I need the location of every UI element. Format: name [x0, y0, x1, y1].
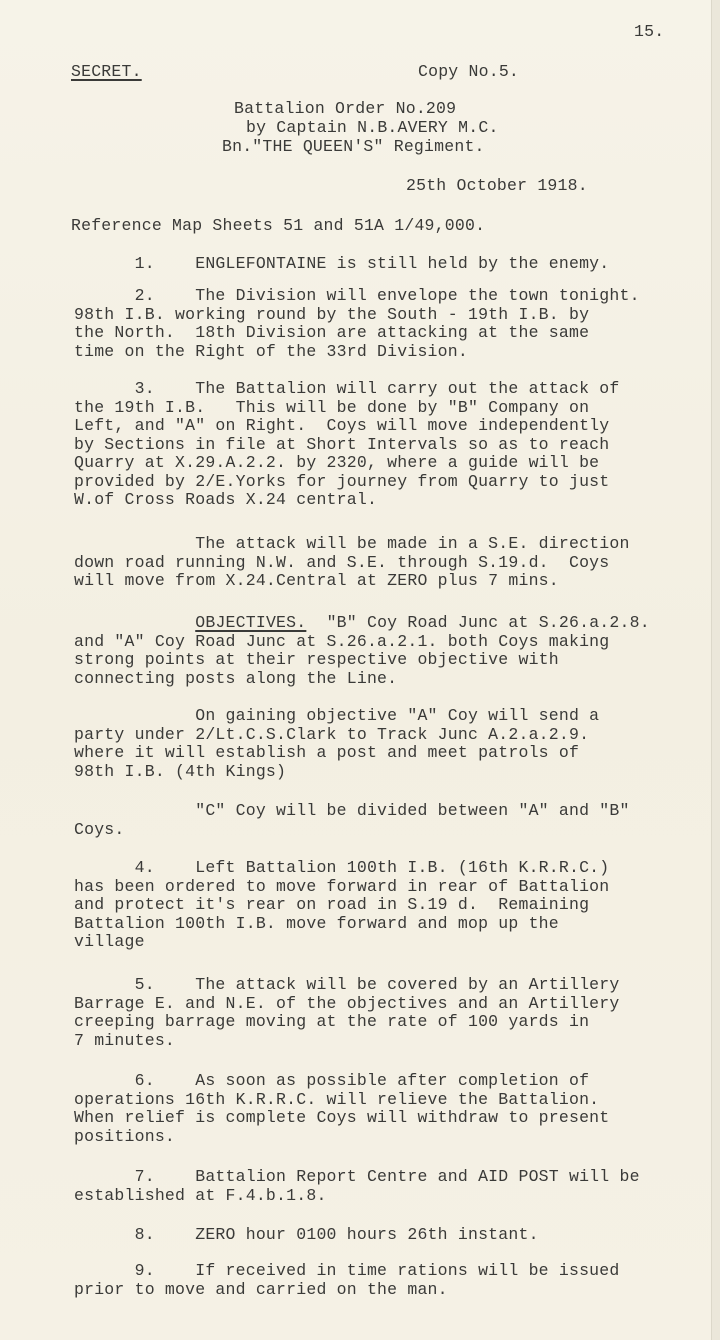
- page-edge: [711, 0, 720, 1340]
- text-line: the 19th I.B. This will be done by "B" C…: [74, 399, 694, 418]
- text-line: 7. Battalion Report Centre and AID POST …: [74, 1168, 694, 1187]
- text-line: Quarry at X.29.A.2.2. by 2320, where a g…: [74, 454, 694, 473]
- paragraph: 5. The attack will be covered by an Arti…: [74, 976, 694, 1050]
- order-regiment: Bn."THE QUEEN'S" Regiment.: [222, 137, 485, 156]
- text-line: 9. If received in time rations will be i…: [74, 1262, 694, 1281]
- text-line: 98th I.B. (4th Kings): [74, 763, 694, 782]
- text-line: time on the Right of the 33rd Division.: [74, 343, 694, 362]
- text-line: When relief is complete Coys will withdr…: [74, 1109, 694, 1128]
- paragraph: On gaining objective "A" Coy will send a…: [74, 707, 694, 781]
- text-line: where it will establish a post and meet …: [74, 744, 694, 763]
- paragraph: 3. The Battalion will carry out the atta…: [74, 380, 694, 510]
- text-line: down road running N.W. and S.E. through …: [74, 554, 694, 573]
- order-date: 25th October 1918.: [406, 176, 588, 195]
- text-line: the North. 18th Division are attacking a…: [74, 324, 694, 343]
- text-line: Battalion 100th I.B. move forward and mo…: [74, 915, 694, 934]
- classification-label: SECRET.: [71, 62, 142, 81]
- text-line: 6. As soon as possible after completion …: [74, 1072, 694, 1091]
- text-line: village: [74, 933, 694, 952]
- paragraph: 4. Left Battalion 100th I.B. (16th K.R.R…: [74, 859, 694, 952]
- text-line: W.of Cross Roads X.24 central.: [74, 491, 694, 510]
- paragraph: OBJECTIVES. "B" Coy Road Junc at S.26.a.…: [74, 614, 694, 688]
- text-line: connecting posts along the Line.: [74, 670, 694, 689]
- page-number: 15.: [634, 22, 664, 41]
- paragraph: 9. If received in time rations will be i…: [74, 1262, 694, 1299]
- text-line: will move from X.24.Central at ZERO plus…: [74, 572, 694, 591]
- map-reference: Reference Map Sheets 51 and 51A 1/49,000…: [71, 216, 485, 235]
- paragraph: 2. The Division will envelope the town t…: [74, 287, 694, 361]
- text-line: The attack will be made in a S.E. direct…: [74, 535, 694, 554]
- text-line: established at F.4.b.1.8.: [74, 1187, 694, 1206]
- paragraph: "C" Coy will be divided between "A" and …: [74, 802, 694, 839]
- text-line: positions.: [74, 1128, 694, 1147]
- text-line: On gaining objective "A" Coy will send a: [74, 707, 694, 726]
- text-line: provided by 2/E.Yorks for journey from Q…: [74, 473, 694, 492]
- text-line: and protect it's rear on road in S.19 d.…: [74, 896, 694, 915]
- text-line: OBJECTIVES. "B" Coy Road Junc at S.26.a.…: [74, 614, 694, 633]
- text-line: prior to move and carried on the man.: [74, 1281, 694, 1300]
- text-line: Left, and "A" on Right. Coys will move i…: [74, 417, 694, 436]
- paragraph: 6. As soon as possible after completion …: [74, 1072, 694, 1146]
- copy-number: Copy No.5.: [418, 62, 519, 81]
- objectives-heading: OBJECTIVES.: [195, 613, 306, 632]
- text-line: 8. ZERO hour 0100 hours 26th instant.: [74, 1226, 694, 1245]
- paragraph: 7. Battalion Report Centre and AID POST …: [74, 1168, 694, 1205]
- text-line: 5. The attack will be covered by an Arti…: [74, 976, 694, 995]
- text-line: 2. The Division will envelope the town t…: [74, 287, 694, 306]
- text-line: operations 16th K.R.R.C. will relieve th…: [74, 1091, 694, 1110]
- paragraph: 1. ENGLEFONTAINE is still held by the en…: [74, 255, 694, 274]
- text-line: party under 2/Lt.C.S.Clark to Track Junc…: [74, 726, 694, 745]
- paragraph: 8. ZERO hour 0100 hours 26th instant.: [74, 1226, 694, 1245]
- text-line: "C" Coy will be divided between "A" and …: [74, 802, 694, 821]
- text-line: Coys.: [74, 821, 694, 840]
- text-line: 98th I.B. working round by the South - 1…: [74, 306, 694, 325]
- order-title: Battalion Order No.209: [234, 99, 456, 118]
- text-line: and "A" Coy Road Junc at S.26.a.2.1. bot…: [74, 633, 694, 652]
- text-line: 1. ENGLEFONTAINE is still held by the en…: [74, 255, 694, 274]
- text-line: 7 minutes.: [74, 1032, 694, 1051]
- text-line: creeping barrage moving at the rate of 1…: [74, 1013, 694, 1032]
- paragraph: The attack will be made in a S.E. direct…: [74, 535, 694, 591]
- text-line: strong points at their respective object…: [74, 651, 694, 670]
- text-line: by Sections in file at Short Intervals s…: [74, 436, 694, 455]
- order-author: by Captain N.B.AVERY M.C.: [246, 118, 499, 137]
- text-line: 3. The Battalion will carry out the atta…: [74, 380, 694, 399]
- text-line: 4. Left Battalion 100th I.B. (16th K.R.R…: [74, 859, 694, 878]
- text-line: Barrage E. and N.E. of the objectives an…: [74, 995, 694, 1014]
- text-line: has been ordered to move forward in rear…: [74, 878, 694, 897]
